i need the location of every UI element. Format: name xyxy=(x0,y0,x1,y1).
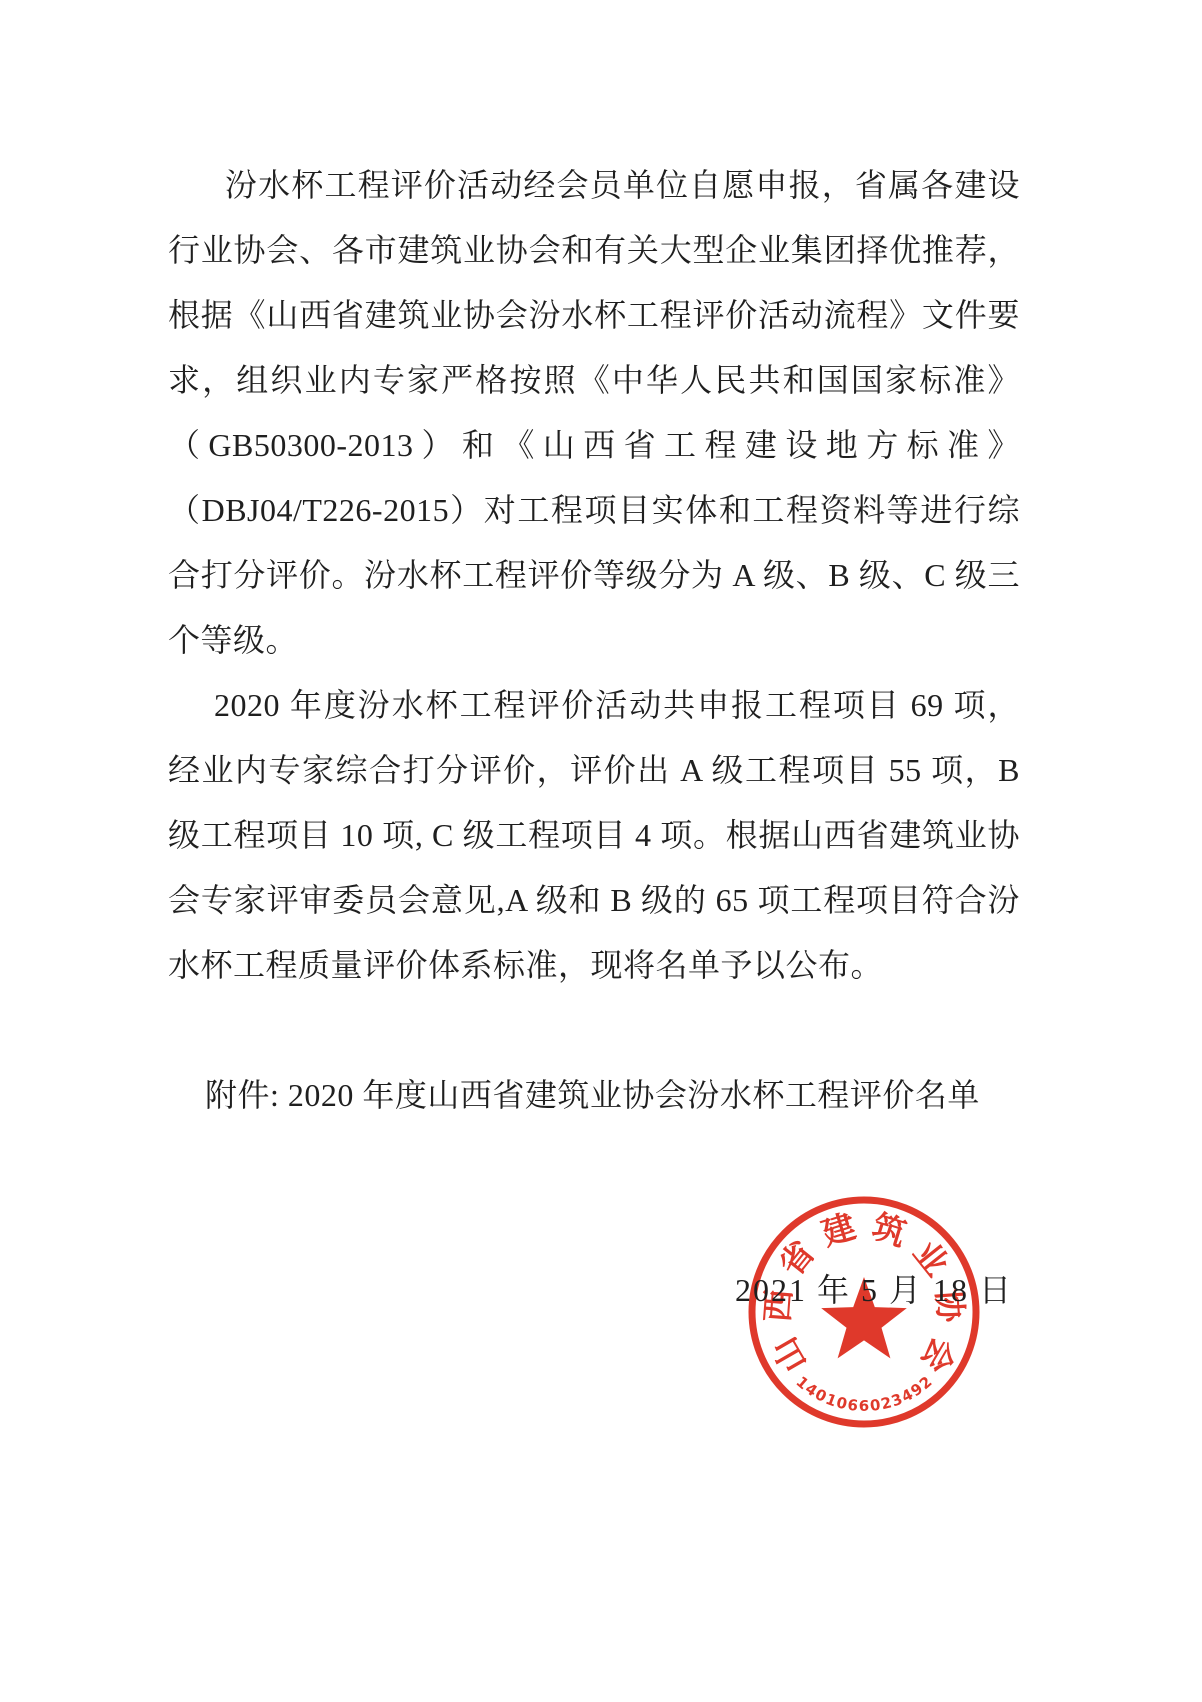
body-line: 求，组织业内专家严格按照《中华人民共和国国家标准》 xyxy=(168,348,1020,413)
blank-line xyxy=(168,1128,1020,1193)
blank-line xyxy=(168,1193,1020,1258)
seal-serial-digit: 6 xyxy=(859,1397,869,1415)
attachment-line: 附件: 2020 年度山西省建筑业协会汾水杯工程评价名单 xyxy=(168,1063,1020,1128)
body-line: 合打分评价。汾水杯工程评价等级分为 A 级、B 级、C 级三 xyxy=(168,543,1020,608)
body-line: 个等级。 xyxy=(168,608,1020,673)
body-line: 根据《山西省建筑业协会汾水杯工程评价活动流程》文件要 xyxy=(168,283,1020,348)
body-line: 2020 年度汾水杯工程评价活动共申报工程项目 69 项， xyxy=(168,673,1020,738)
body-line: 行业协会、各市建筑业协会和有关大型企业集团择优推荐， xyxy=(168,218,1020,283)
body-line: 经业内专家综合打分评价，评价出 A 级工程项目 55 项，B xyxy=(168,738,1020,803)
body-line: 级工程项目 10 项, C 级工程项目 4 项。根据山西省建筑业协 xyxy=(168,803,1020,868)
blank-line xyxy=(168,998,1020,1063)
date-line: 2021 年 5 月 18 日 xyxy=(168,1258,1020,1323)
document-body: 汾水杯工程评价活动经会员单位自愿申报，省属各建设 行业协会、各市建筑业协会和有关… xyxy=(168,153,1020,1323)
body-line: （GB50300-2013）和《山西省工程建设地方标准》 xyxy=(168,413,1020,478)
seal-serial-digit: 6 xyxy=(847,1396,859,1415)
document-page: { "body": { "lines": [ "汾水杯工程评价活动经会员单位自愿… xyxy=(0,0,1202,1702)
body-line: 汾水杯工程评价活动经会员单位自愿申报，省属各建设 xyxy=(168,153,1020,218)
body-line: （DBJ04/T226-2015）对工程项目实体和工程资料等进行综 xyxy=(168,478,1020,543)
page: 山 西 省 建 筑 业 协 会 1 4 0 1 0 6 6 0 2 3 xyxy=(0,0,1202,1702)
body-line: 会专家评审委员会意见,A 级和 B 级的 65 项工程项目符合汾 xyxy=(168,868,1020,933)
body-line: 水杯工程质量评价体系标准，现将名单予以公布。 xyxy=(168,933,1020,998)
